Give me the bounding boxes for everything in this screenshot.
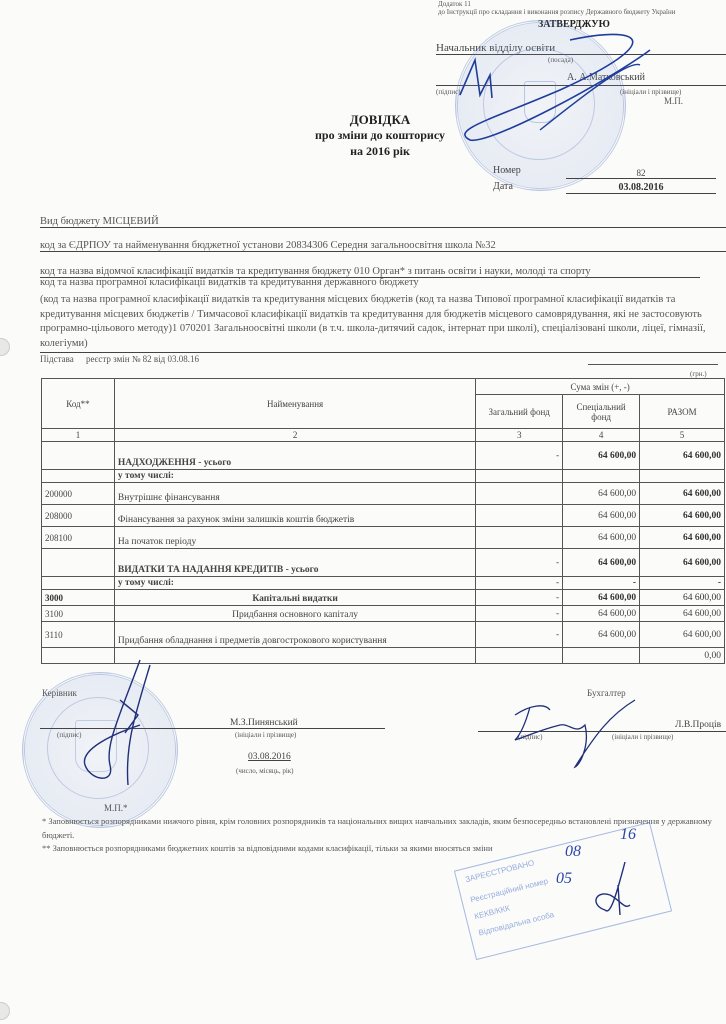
header-code: Код** — [42, 379, 115, 429]
row-special-fund: 64 600,00 — [563, 590, 640, 606]
table-row: 3000Капітальні видатки-64 600,0064 600,0… — [42, 590, 725, 606]
table-row: 208000Фінансування за рахунок зміни зали… — [42, 505, 725, 527]
row-name: у тому числі: — [114, 470, 475, 483]
appendix-label: Додаток 11 — [438, 0, 471, 8]
row-general-fund: - — [476, 442, 563, 470]
row-general-fund — [476, 527, 563, 549]
row-name: Фінансування за рахунок зміни залишків к… — [114, 505, 475, 527]
number-label: Номер — [493, 165, 521, 176]
row-total: 0,00 — [640, 648, 725, 664]
document-subtitle: про зміни до кошторису — [280, 128, 480, 143]
row-total: 64 600,00 — [640, 549, 725, 577]
row-general-fund — [476, 505, 563, 527]
row-special-fund — [563, 470, 640, 483]
row-general-fund: - — [476, 549, 563, 577]
state-program-classification-field: код та назва програмної класифікації вид… — [40, 277, 726, 288]
table-row: у тому числі:--- — [42, 577, 725, 590]
row-general-fund: - — [476, 590, 563, 606]
head-date-caption: (число, місяць, рік) — [236, 767, 294, 775]
registrar-signature — [580, 860, 640, 920]
table-row: НАДХОДЖЕННЯ - усього-64 600,0064 600,00 — [42, 442, 725, 470]
column-number: 1 — [42, 429, 115, 442]
row-name: Придбання обладнання і предметів довгост… — [114, 622, 475, 648]
head-name: М.З.Пинянський — [230, 718, 298, 728]
row-code — [42, 470, 115, 483]
changes-table: Код** Найменування Сума змін (+, -) Зага… — [41, 378, 725, 664]
row-name: Капітальні видатки — [114, 590, 475, 606]
row-special-fund: - — [563, 577, 640, 590]
header-total: РАЗОМ — [640, 395, 725, 429]
row-code — [42, 577, 115, 590]
edrpou-field: код за ЄДРПОУ та найменування бюджетної … — [40, 240, 726, 252]
row-total: 64 600,00 — [640, 606, 725, 622]
currency-label: (грн.) — [690, 370, 707, 378]
row-code — [42, 442, 115, 470]
row-total: 64 600,00 — [640, 622, 725, 648]
row-code: 3100 — [42, 606, 115, 622]
table-row: ВИДАТКИ ТА НАДАННЯ КРЕДИТІВ - усього-64 … — [42, 549, 725, 577]
local-program-classification-field: (код та назва програмної класифікації ви… — [40, 293, 726, 353]
header-sum-group: Сума змін (+, -) — [476, 379, 725, 395]
accountant-name: Л.В.Проців — [675, 720, 721, 730]
row-code: 3000 — [42, 590, 115, 606]
table-row: 3110Придбання обладнання і предметів дов… — [42, 622, 725, 648]
row-special-fund: 64 600,00 — [563, 527, 640, 549]
basis-value: реєстр змін № 82 від 03.08.16 — [86, 354, 199, 364]
row-name: Придбання основного капіталу — [114, 606, 475, 622]
header-general-fund: Загальний фонд — [476, 395, 563, 429]
basis-label: Підстава — [40, 354, 74, 364]
date-label: Дата — [493, 181, 513, 192]
row-code — [42, 549, 115, 577]
row-code: 200000 — [42, 483, 115, 505]
budget-type-field: Вид бюджету МІСЦЕВИЙ — [40, 216, 726, 228]
row-name: ВИДАТКИ ТА НАДАННЯ КРЕДИТІВ - усього — [114, 549, 475, 577]
row-special-fund: 64 600,00 — [563, 549, 640, 577]
row-total: - — [640, 577, 725, 590]
head-seal-label: М.П.* — [104, 803, 128, 813]
accountant-signature — [500, 695, 640, 770]
column-number: 4 — [563, 429, 640, 442]
row-name: Внутрішнє фінансування — [114, 483, 475, 505]
row-code: 208000 — [42, 505, 115, 527]
head-signature — [80, 655, 170, 795]
table-row: у тому числі: — [42, 470, 725, 483]
column-number: 2 — [114, 429, 475, 442]
row-code: 3110 — [42, 622, 115, 648]
table-row: 3100Придбання основного капіталу-64 600,… — [42, 606, 725, 622]
header-name: Найменування — [114, 379, 475, 429]
binder-hole — [0, 338, 10, 356]
row-total: 64 600,00 — [640, 442, 725, 470]
head-label: Керівник — [42, 688, 77, 698]
head-name-caption: (ініціали і прізвище) — [235, 731, 296, 739]
handwritten-day: 05 — [556, 870, 572, 888]
row-general-fund — [476, 483, 563, 505]
row-special-fund: 64 600,00 — [563, 622, 640, 648]
document-title: ДОВІДКА — [300, 112, 460, 128]
row-special-fund — [563, 648, 640, 664]
head-date: 03.08.2016 — [248, 752, 291, 762]
row-general-fund — [476, 470, 563, 483]
row-special-fund: 64 600,00 — [563, 483, 640, 505]
document-year: на 2016 рік — [300, 144, 460, 159]
handwritten-month: 08 — [565, 843, 581, 861]
row-total: 64 600,00 — [640, 590, 725, 606]
row-code: 208100 — [42, 527, 115, 549]
row-general-fund: - — [476, 577, 563, 590]
table-row: 200000Внутрішнє фінансування64 600,0064 … — [42, 483, 725, 505]
handwritten-year: 16 — [620, 826, 636, 844]
row-name: у тому числі: — [114, 577, 475, 590]
row-special-fund: 64 600,00 — [563, 505, 640, 527]
row-name: НАДХОДЖЕННЯ - усього — [114, 442, 475, 470]
row-general-fund: - — [476, 622, 563, 648]
row-total: 64 600,00 — [640, 483, 725, 505]
table-row: 208100На початок періоду64 600,0064 600,… — [42, 527, 725, 549]
column-number: 5 — [640, 429, 725, 442]
binder-hole — [0, 1002, 10, 1020]
row-total — [640, 470, 725, 483]
row-total: 64 600,00 — [640, 527, 725, 549]
row-special-fund: 64 600,00 — [563, 442, 640, 470]
column-number: 3 — [476, 429, 563, 442]
row-special-fund: 64 600,00 — [563, 606, 640, 622]
head-signature-caption: (підпис) — [57, 731, 82, 739]
appendix-reference: до Інструкції про складання і виконання … — [438, 8, 675, 16]
basis-line — [588, 364, 718, 365]
row-name: На початок періоду — [114, 527, 475, 549]
row-total: 64 600,00 — [640, 505, 725, 527]
document-date: 03.08.2016 — [566, 182, 716, 194]
row-general-fund: - — [476, 606, 563, 622]
header-special-fund: Спеціальний фонд — [563, 395, 640, 429]
document-number: 82 — [566, 168, 716, 179]
row-general-fund — [476, 648, 563, 664]
